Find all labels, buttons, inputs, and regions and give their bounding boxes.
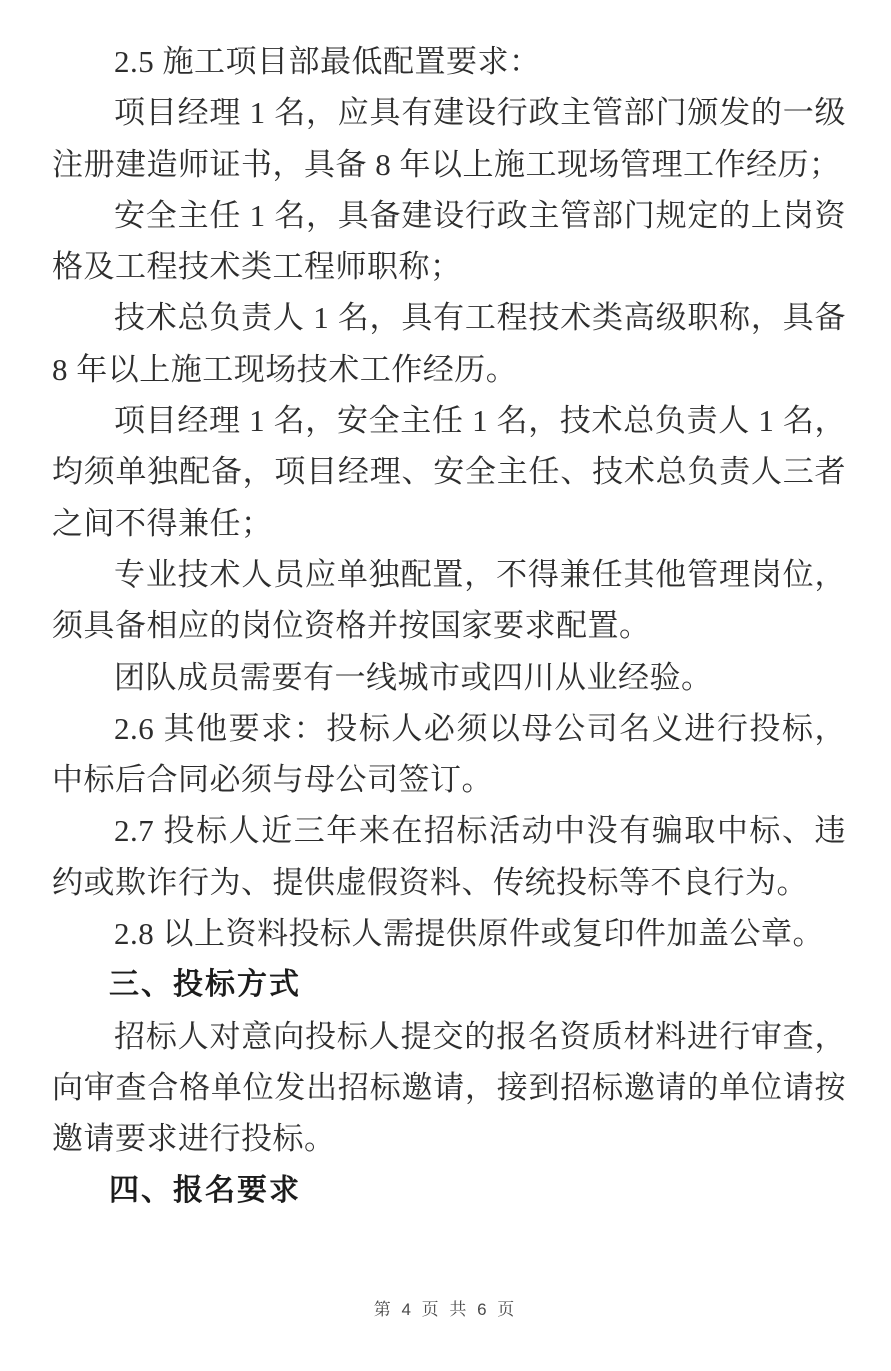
clause-2-8: 2.8 以上资料投标人需提供原件或复印件加盖公章。 [52,908,846,959]
heading-section-3-bidding-method: 三、投标方式 [52,959,846,1010]
para-professional-staff: 专业技术人员应单独配置，不得兼任其他管理岗位，须具备相应的岗位资格并按国家要求配… [52,549,846,652]
clause-2-6: 2.6 其他要求：投标人必须以母公司名义进行投标，中标后合同必须与母公司签订。 [52,703,846,806]
heading-section-4-registration-requirements: 四、报名要求 [52,1165,846,1216]
page-body: 2.5 施工项目部最低配置要求： 项目经理 1 名，应具有建设行政主管部门颁发的… [52,36,846,1216]
para-technical-lead: 技术总负责人 1 名，具有工程技术类高级职称，具备 8 年以上施工现场技术工作经… [52,292,846,395]
para-bidding-method: 招标人对意向投标人提交的报名资质材料进行审查，向审查合格单位发出招标邀请，接到招… [52,1011,846,1165]
para-safety-director: 安全主任 1 名，具备建设行政主管部门规定的上岗资格及工程技术类工程师职称； [52,190,846,293]
clause-2-7: 2.7 投标人近三年来在招标活动中没有骗取中标、违约或欺诈行为、提供虚假资料、传… [52,805,846,908]
page-number-indicator: 第 4 页 共 6 页 [374,1300,518,1319]
para-project-manager: 项目经理 1 名，应具有建设行政主管部门颁发的一级注册建造师证书，具备 8 年以… [52,87,846,190]
para-team-experience: 团队成员需要有一线城市或四川从业经验。 [52,652,846,703]
document-page: { "content": { "paragraphs": [ { "style"… [0,0,891,1371]
page-footer: 第 4 页 共 6 页 [0,1295,891,1320]
para-separate-staffing: 项目经理 1 名，安全主任 1 名，技术总负责人 1 名，均须单独配备，项目经理… [52,395,846,549]
clause-2-5: 2.5 施工项目部最低配置要求： [52,36,846,87]
